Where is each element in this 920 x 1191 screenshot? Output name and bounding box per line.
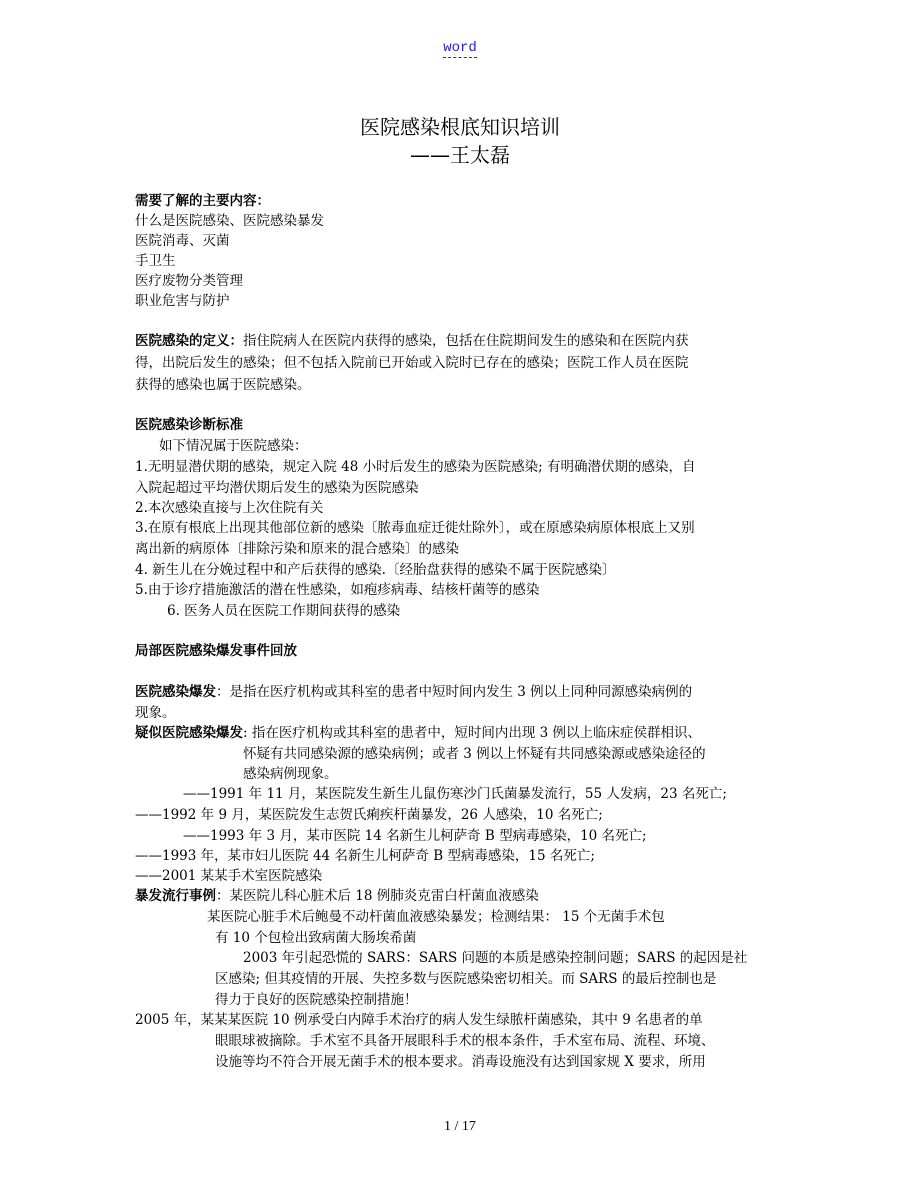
page-number: 1 / 17 <box>0 1119 920 1135</box>
example-line: 得力于良好的医院感染控制措施！ <box>215 990 418 1010</box>
contents-item: 职业危害与防护 <box>135 291 230 311</box>
suspected-line: 感染病例现象。 <box>243 764 338 784</box>
outbreak-label: 医院感染爆发 <box>135 684 216 700</box>
document-author: ——王太磊 <box>0 139 920 168</box>
word-link[interactable]: word <box>443 40 477 58</box>
suspected-outbreak-definition: 疑似医院感染爆发: 指在医疗机构或其科室的患者中，短时间内出现 3 例以上临床症… <box>135 723 701 743</box>
event-item: ——1991 年 11 月，某医院发生新生儿鼠伤寒沙门氏菌暴发流行，55 人发病… <box>183 784 727 804</box>
example-line: 设施等均不符合开展无菌手术的根本要求。消毒设施没有达到国家规 X 要求，所用 <box>215 1052 706 1072</box>
definition-paragraph: 医院感染的定义：指住院病人在医院内获得的感染，包括在住院期间发生的感染和在医院内… <box>135 331 689 351</box>
contents-item: 手卫生 <box>135 251 176 271</box>
diagnosis-line: 离出新的病原体〔排除污染和原来的混合感染〕的感染 <box>135 539 459 559</box>
diagnosis-line: 1.无明显潜伏期的感染，规定入院 48 小时后发生的感染为医院感染; 有明确潜伏… <box>135 457 695 477</box>
examples-paragraph: 暴发流行事例：某医院儿科心脏术后 18 例肺炎克雷白杆菌血液感染 <box>135 886 539 906</box>
diagnosis-heading: 医院感染诊断标准 <box>135 415 243 435</box>
definition-label: 医院感染的定义： <box>135 333 243 349</box>
example-line: 区感染; 但其疫情的开展、失控多数与医院感染密切相关。而 SARS 的最后控制也… <box>215 969 716 989</box>
diagnosis-line: 5.由于诊疗措施激活的潜在性感染，如疱疹病毒、结核杆菌等的感染 <box>135 580 539 600</box>
diagnosis-line: 6. 医务人员在医院工作期间获得的感染 <box>167 601 400 621</box>
contents-heading: 需要了解的主要内容： <box>135 191 270 211</box>
event-item: ——1993 年 3 月，某市医院 14 名新生儿柯萨奇 B 型病毒感染，10 … <box>183 826 647 846</box>
diagnosis-line: 4. 新生儿在分娩过程中和产后获得的感染.〔经胎盘获得的感染不属于医院感染〕 <box>135 560 615 580</box>
event-item: ——1993 年，某市妇儿医院 44 名新生儿柯萨奇 B 型病毒感染，15 名死… <box>135 846 595 866</box>
diagnosis-line: 3.在原有根底上出现其他部位新的感染〔脓毒血症迁徙灶除外〕，或在原感染病原体根底… <box>135 518 695 538</box>
example-line: 有 10 个包检出致病菌大肠埃希菌 <box>215 928 416 948</box>
suspected-line: 怀疑有共同感染源的感染病例；或者 3 例以上怀疑有共同感染源或感染途径的 <box>243 744 706 764</box>
outbreak-line: 现象。 <box>135 703 176 723</box>
event-item: ——1992 年 9 月，某医院发生志贺氏痢疾杆菌暴发，26 人感染，10 名死… <box>135 805 603 825</box>
examples-label: 暴发流行事例 <box>135 888 216 904</box>
contents-item: 什么是医院感染、医院感染暴发 <box>135 211 324 231</box>
header-word-link[interactable]: word <box>0 40 920 56</box>
outbreak-definition: 医院感染爆发：是指在医疗机构或其科室的患者中短时间内发生 3 例以上同种同源感染… <box>135 682 692 702</box>
document-title: 医院感染根底知识培训 <box>0 111 920 140</box>
diagnosis-intro: 如下情况属于医院感染： <box>159 436 308 456</box>
diagnosis-line: 2.本次感染直接与上次住院有关 <box>135 498 323 518</box>
event-item: ——2001 某某手术室医院感染 <box>135 866 322 886</box>
example-line: 某医院心脏手术后鲍曼不动杆菌血液感染暴发；检测结果： 15 个无菌手术包 <box>207 907 665 927</box>
diagnosis-line: 入院起超过平均潜伏期后发生的感染为医院感染 <box>135 478 419 498</box>
example-line: 2005 年，某某某医院 10 例承受白内障手术治疗的病人发生绿脓杆菌感染，其中… <box>135 1010 703 1030</box>
suspected-outbreak-label: 疑似医院感染爆发 <box>135 725 243 741</box>
definition-line: 获得的感染也属于医院感染。 <box>135 375 311 395</box>
outbreaks-heading: 局部医院感染爆发事件回放 <box>135 641 297 661</box>
example-line: 2003 年引起恐慌的 SARS：SARS 问题的本质是感染控制问题；SARS … <box>243 948 747 968</box>
example-line: 眼眼球被摘除。手术室不具备开展眼科手术的根本条件，手术室布局、流程、环境、 <box>215 1031 715 1051</box>
contents-item: 医疗废物分类管理 <box>135 271 243 291</box>
definition-line: 得，出院后发生的感染；但不包括入院前已开始或入院时已存在的感染；医院工作人员在医… <box>135 353 689 373</box>
contents-item: 医院消毒、灭菌 <box>135 231 230 251</box>
